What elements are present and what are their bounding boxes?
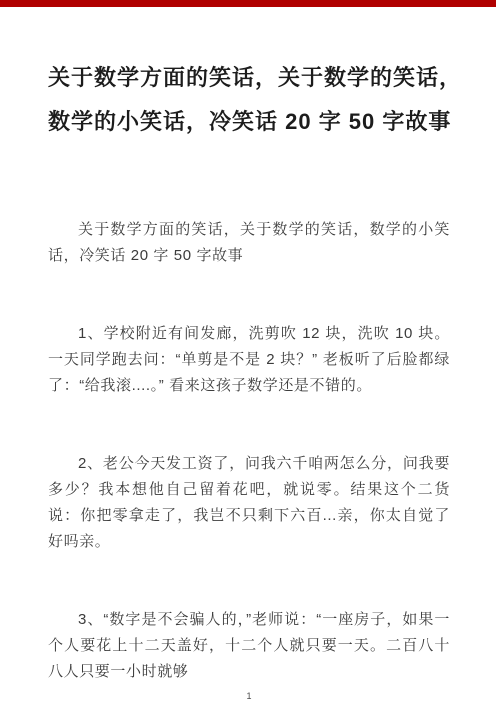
paragraph-joke-3: 3、“数字是不会骗人的，”老师说：“一座房子，如果一个人要花上十二天盖好，十二个… [48, 607, 450, 685]
document-title-line-2: 数学的小笑话，冷笑话 20 字 50 字故事 [48, 100, 450, 144]
paragraph-joke-2: 2、老公今天发工资了，问我六千咱两怎么分，问我要多少？我本想他自己留着花吧，就说… [48, 451, 450, 555]
document-title-line-1: 关于数学方面的笑话，关于数学的笑话， [48, 56, 450, 100]
document-page: 关于数学方面的笑话，关于数学的笑话， 数学的小笑话，冷笑话 20 字 50 字故… [0, 7, 496, 702]
document-body: 关于数学方面的笑话，关于数学的笑话，数学的小笑话，冷笑话 20 字 50 字故事… [48, 217, 450, 685]
paragraph-intro: 关于数学方面的笑话，关于数学的笑话，数学的小笑话，冷笑话 20 字 50 字故事 [48, 217, 450, 269]
document-title: 关于数学方面的笑话，关于数学的笑话， 数学的小笑话，冷笑话 20 字 50 字故… [48, 56, 450, 144]
page-number: 1 [48, 691, 450, 702]
top-accent-bar [0, 0, 496, 7]
paragraph-joke-1: 1、学校附近有间发廊，洗剪吹 12 块，洗吹 10 块。一天同学跑去问：“单剪是… [48, 321, 450, 399]
